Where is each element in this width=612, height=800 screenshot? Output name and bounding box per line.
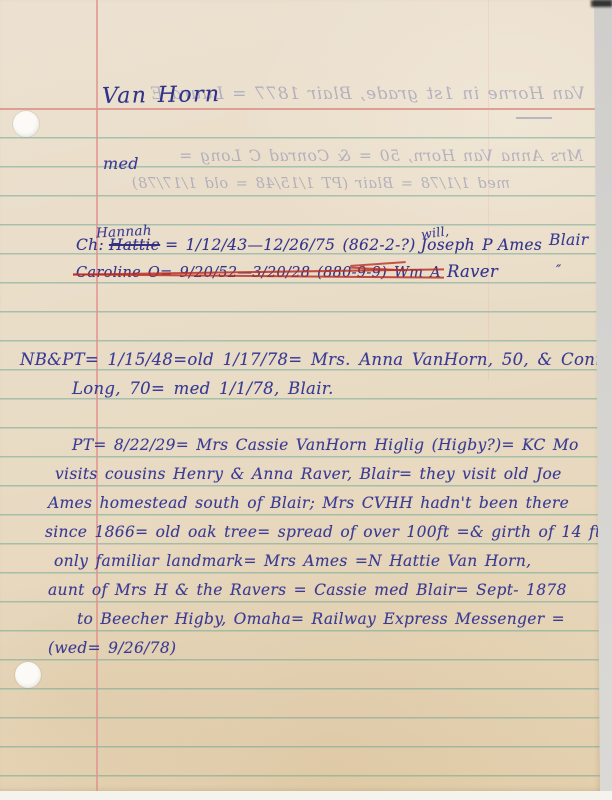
bleedthrough-line-3: med 1/1/78 = Blair (PT 1/15/48 = old 1/1… <box>165 176 510 192</box>
children-entry-line-1: Ch:Hattie= 1/12/43—12/26/75 (862-2-?)Jos… <box>76 236 542 254</box>
punch-hole-top <box>13 111 39 137</box>
header-margin-line <box>0 108 600 110</box>
children-entry-line-2: Caroline O= 9/20/52—3/20/28 (880-9-9) Wm… <box>76 262 498 281</box>
pt-line: (wed= 9/26/78) <box>48 639 176 657</box>
nbpt-note-line-2: Long, 70= med 1/1/78, Blair. <box>72 379 334 398</box>
punch-hole-bottom <box>15 662 41 688</box>
scan-edge-bottom <box>0 791 612 800</box>
pt-line: visits cousins Henry & Anna Raver, Blair… <box>55 465 562 483</box>
ruled-lines <box>0 137 600 779</box>
red-scribble <box>350 260 406 273</box>
med-note: med <box>103 154 139 173</box>
children-label: Ch: <box>76 236 104 254</box>
pt-line: Ames homestead south of Blair; Mrs CVHH … <box>48 494 569 512</box>
child-name-struck: Hattie <box>109 236 160 254</box>
bleedthrough-line-2: Mrs Anna Van Horn, 50 = & Conrad C Long … <box>105 147 583 165</box>
second-surname: Raver <box>447 262 498 281</box>
ditto-mark: ″ <box>556 263 562 279</box>
child-dates: = 1/12/43—12/26/75 (862-2-?) <box>165 236 415 254</box>
pt-line: aunt of Mrs H & the Ravers = Cassie med … <box>48 581 567 599</box>
bleedthrough-underline <box>516 117 552 119</box>
notebook-page: Van Horne in 1st grade, Blair 1877 = Lau… <box>0 0 600 791</box>
scan-corner-mark <box>591 0 612 7</box>
pt-line: only familiar landmark= Mrs Ames =N Hatt… <box>54 552 531 570</box>
nbpt-note-line-1: NB&PT= 1/15/48=old 1/17/78= Mrs. Anna Va… <box>20 350 600 369</box>
place-name: Blair <box>549 231 588 249</box>
pt-line: since 1866= old oak tree= spread of over… <box>45 523 600 541</box>
page-heading: Van Horn <box>102 82 221 109</box>
pt-line: PT= 8/22/29= Mrs Cassie VanHorn Higlig (… <box>72 436 579 454</box>
pt-line: to Beecher Higby, Omaha= Railway Express… <box>77 610 565 628</box>
spouse-surname: Ames <box>498 236 542 254</box>
